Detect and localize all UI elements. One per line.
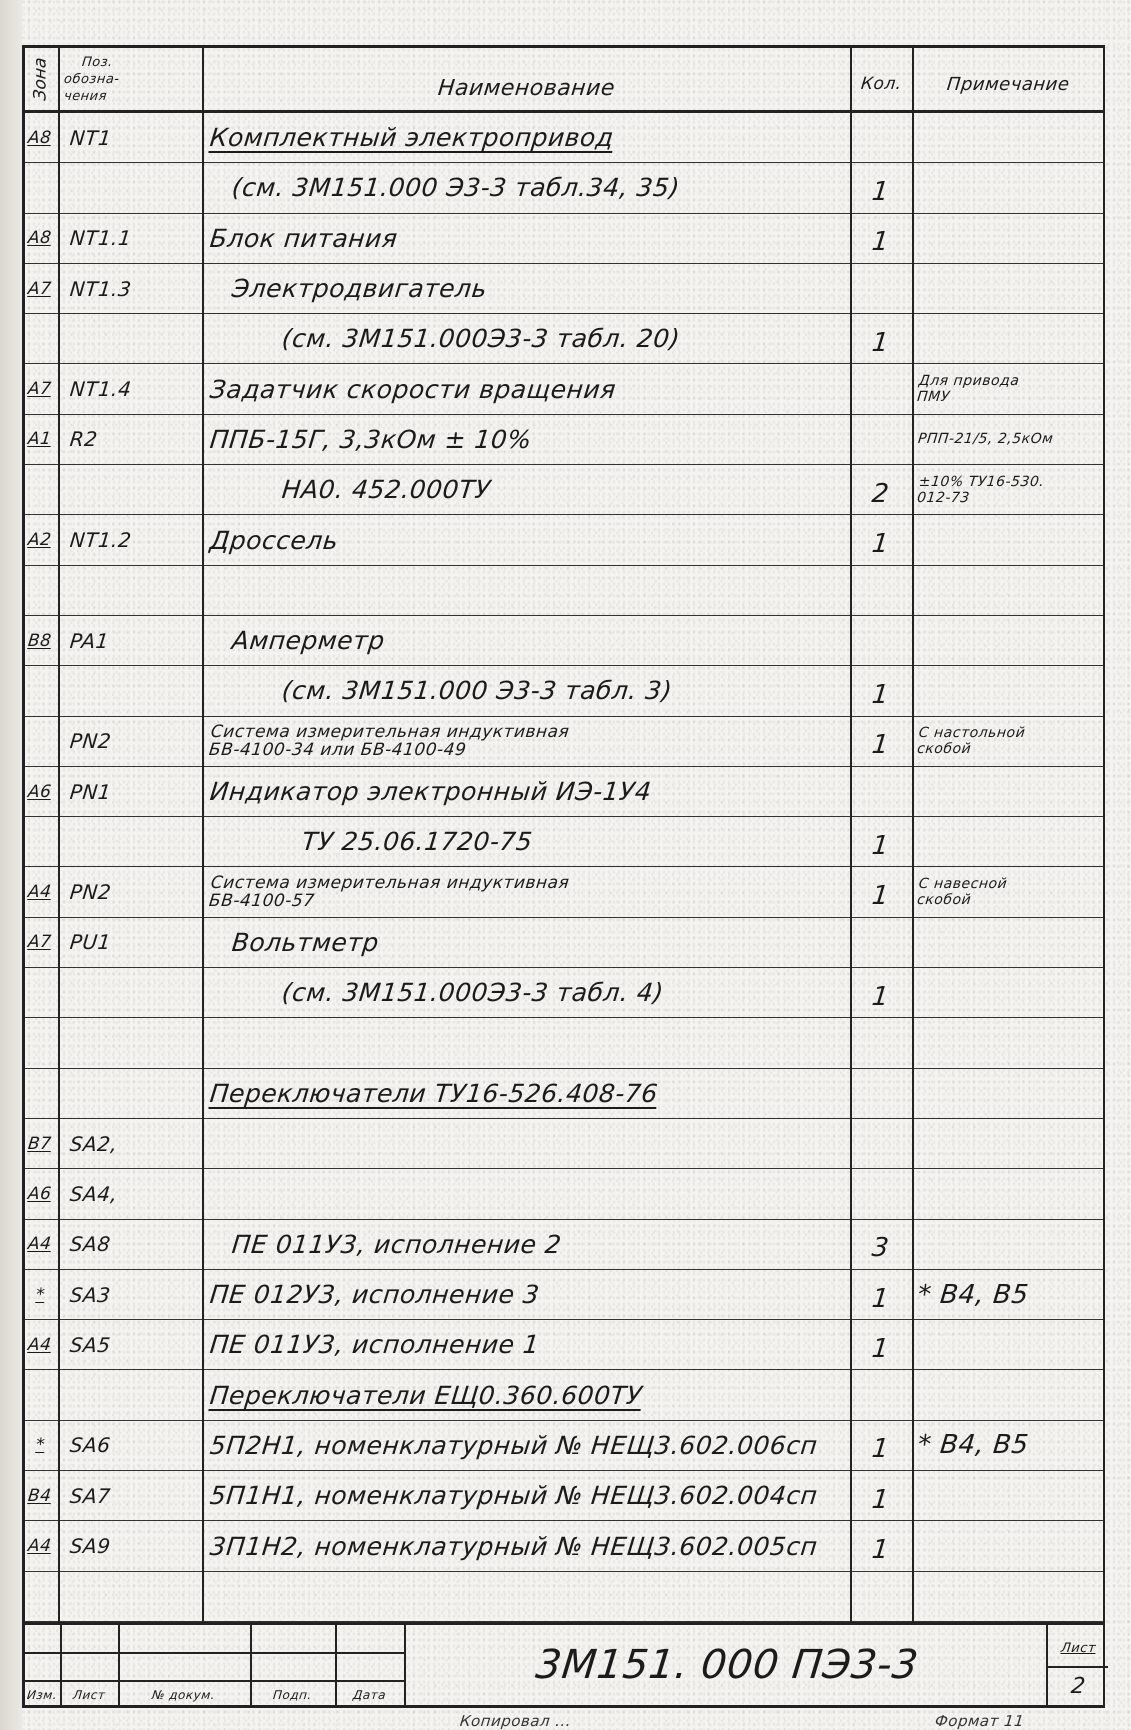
- zone-cell: A4: [22, 1220, 58, 1269]
- note-cell: * B4, B5: [912, 1421, 1105, 1470]
- table-row: A8NT1Комплектный электропривод: [22, 113, 1105, 163]
- table-row: (см. 3M151.000 Э3-3 табл. 3)1: [22, 666, 1105, 716]
- note-cell: Для привода ПМУ: [912, 365, 1105, 414]
- table-row: A7NT1.4Задатчик скорости вращенияДля при…: [22, 365, 1105, 415]
- label-date: Дата: [335, 1683, 404, 1707]
- note-cell: [912, 1572, 1105, 1621]
- document-designation: 3M151. 000 ПЭ3-3: [406, 1625, 1048, 1705]
- quantity-cell: 1: [850, 1320, 912, 1369]
- table-row: A6PN1Индикатор электронный ИЭ-1У4: [22, 767, 1105, 817]
- note-cell: [912, 918, 1105, 967]
- position-designation-cell: SA7: [58, 1471, 202, 1520]
- position-designation-cell: PN2: [58, 868, 202, 917]
- column-divider: [850, 113, 852, 1622]
- name-cell: Блок питания: [202, 214, 850, 263]
- note-cell: [912, 1220, 1105, 1269]
- table-row: Переключатели ЕЩ0.360.600ТУ: [22, 1371, 1105, 1421]
- table-header: Зона Поз. обозна- чения Наименование Кол…: [22, 45, 1105, 113]
- position-designation-cell: PN1: [58, 767, 202, 816]
- table-row: НА0. 452.000ТУ2±10% ТУ16-530. 012-73: [22, 465, 1105, 515]
- zone-cell: A4: [22, 1320, 58, 1369]
- position-designation-cell: [58, 666, 202, 715]
- column-divider: [912, 48, 914, 110]
- zone-cell: *: [22, 1270, 58, 1319]
- quantity-cell: 1: [850, 868, 912, 917]
- zone-cell: [22, 968, 58, 1017]
- table-row: [22, 566, 1105, 616]
- zone-cell: A7: [22, 365, 58, 414]
- name-cell: 5П2Н1, номенклатурный № НЕЩ3.602.006сп: [202, 1421, 850, 1470]
- column-divider: [58, 113, 60, 1622]
- zone-cell: B7: [22, 1119, 58, 1168]
- note-cell: [912, 566, 1105, 615]
- quantity-cell: [850, 767, 912, 816]
- name-cell: [202, 566, 850, 615]
- header-note: Примечание: [912, 48, 1105, 110]
- title-block-line: [25, 1680, 406, 1682]
- table-row: [22, 1018, 1105, 1068]
- name-cell: НА0. 452.000ТУ: [202, 465, 850, 514]
- label-sheet: Лист: [60, 1683, 118, 1707]
- note-cell: [912, 616, 1105, 665]
- note-cell: РПП-21/5, 2,5кОм: [912, 415, 1105, 464]
- column-divider: [202, 48, 204, 110]
- note-cell: [912, 968, 1105, 1017]
- zone-cell: [22, 666, 58, 715]
- note-cell: [912, 817, 1105, 866]
- zone-cell: A8: [22, 113, 58, 162]
- name-cell: Комплектный электропривод: [202, 113, 850, 162]
- name-cell: Переключатели ТУ16-526.408-76: [202, 1069, 850, 1118]
- position-designation-cell: [58, 1018, 202, 1067]
- name-cell: Дроссель: [202, 515, 850, 564]
- column-divider: [850, 48, 852, 110]
- position-designation-cell: SA6: [58, 1421, 202, 1470]
- quantity-cell: 1: [850, 1521, 912, 1570]
- table-row: A1R2ППБ-15Г, 3,3кОм ± 10%РПП-21/5, 2,5кО…: [22, 415, 1105, 465]
- table-row: B7SA2,: [22, 1119, 1105, 1169]
- position-designation-cell: NT1.1: [58, 214, 202, 263]
- zone-cell: A2: [22, 515, 58, 564]
- label-change: Изм.: [25, 1683, 60, 1707]
- zone-cell: A6: [22, 1169, 58, 1218]
- name-cell: Индикатор электронный ИЭ-1У4: [202, 767, 850, 816]
- quantity-cell: 1: [850, 214, 912, 263]
- name-cell: (см. 3M151.000Э3-3 табл. 20): [202, 314, 850, 363]
- quantity-cell: 2: [850, 465, 912, 514]
- name-cell: (см. 3M151.000 Э3-3 табл. 3): [202, 666, 850, 715]
- name-cell: Амперметр: [202, 616, 850, 665]
- header-name: Наименование: [202, 48, 850, 110]
- header-quantity: Кол.: [850, 48, 912, 110]
- quantity-cell: [850, 1119, 912, 1168]
- name-cell: Задатчик скорости вращения: [202, 365, 850, 414]
- table-row: A8NT1.1Блок питания1: [22, 214, 1105, 264]
- quantity-cell: [850, 1169, 912, 1218]
- table-border-left: [22, 45, 25, 1622]
- quantity-cell: 1: [850, 666, 912, 715]
- column-divider: [912, 113, 914, 1622]
- quantity-cell: [850, 1572, 912, 1621]
- quantity-cell: 1: [850, 1471, 912, 1520]
- position-designation-cell: SA4,: [58, 1169, 202, 1218]
- note-cell: [912, 1169, 1105, 1218]
- position-designation-cell: PU1: [58, 918, 202, 967]
- quantity-cell: [850, 1018, 912, 1067]
- zone-cell: [22, 163, 58, 212]
- note-cell: [912, 264, 1105, 313]
- note-cell: [912, 163, 1105, 212]
- zone-cell: [22, 1371, 58, 1420]
- position-designation-cell: SA9: [58, 1521, 202, 1570]
- note-cell: [912, 666, 1105, 715]
- name-cell: 3П1Н2, номенклатурный № НЕЩ3.602.005сп: [202, 1521, 850, 1570]
- table-row: B4SA75П1Н1, номенклатурный № НЕЩ3.602.00…: [22, 1471, 1105, 1521]
- column-divider: [58, 48, 60, 110]
- table-row: *SA3ПЕ 012У3, исполнение 31* B4, B5: [22, 1270, 1105, 1320]
- table-row: A7NT1.3Электродвигатель: [22, 264, 1105, 314]
- zone-cell: A6: [22, 767, 58, 816]
- note-cell: [912, 1521, 1105, 1570]
- table-row: ТУ 25.06.1720-751: [22, 817, 1105, 867]
- quantity-cell: 3: [850, 1220, 912, 1269]
- position-designation-cell: [58, 968, 202, 1017]
- table-row: (см. 3M151.000Э3-3 табл. 20)1: [22, 314, 1105, 364]
- note-cell: С навесной скобой: [912, 868, 1105, 917]
- note-cell: ±10% ТУ16-530. 012-73: [912, 465, 1105, 514]
- quantity-cell: 1: [850, 163, 912, 212]
- note-cell: * B4, B5: [912, 1270, 1105, 1319]
- note-cell: [912, 1069, 1105, 1118]
- name-cell: Система измерительная индуктивная БВ-410…: [202, 717, 850, 766]
- name-cell: (см. 3M151.000 Э3-3 табл.34, 35): [202, 163, 850, 212]
- zone-cell: A7: [22, 264, 58, 313]
- name-cell: [202, 1169, 850, 1218]
- name-cell: 5П1Н1, номенклатурный № НЕЩ3.602.004сп: [202, 1471, 850, 1520]
- quantity-cell: 1: [850, 314, 912, 363]
- quantity-cell: 1: [850, 817, 912, 866]
- header-zone: Зона: [22, 48, 58, 110]
- table-row: [22, 1572, 1105, 1622]
- quantity-cell: [850, 365, 912, 414]
- quantity-cell: 1: [850, 1270, 912, 1319]
- position-designation-cell: R2: [58, 415, 202, 464]
- name-cell: [202, 1572, 850, 1621]
- name-cell: Электродвигатель: [202, 264, 850, 313]
- table-border-right: [1103, 45, 1105, 1708]
- name-cell: ПЕ 011У3, исполнение 1: [202, 1320, 850, 1369]
- quantity-cell: [850, 1371, 912, 1420]
- quantity-cell: [850, 616, 912, 665]
- position-designation-cell: NT1.3: [58, 264, 202, 313]
- note-cell: [912, 113, 1105, 162]
- label-document-number: № докум.: [118, 1683, 250, 1707]
- sheet-label: Лист: [1048, 1633, 1108, 1663]
- title-block-line: [25, 1652, 406, 1654]
- column-divider: [202, 113, 204, 1622]
- position-designation-cell: SA5: [58, 1320, 202, 1369]
- table-row: Переключатели ТУ16-526.408-76: [22, 1069, 1105, 1119]
- zone-cell: *: [22, 1421, 58, 1470]
- position-designation-cell: NT1.2: [58, 515, 202, 564]
- table-row: B8PA1Амперметр: [22, 616, 1105, 666]
- name-cell: Система измерительная индуктивная БВ-410…: [202, 868, 850, 917]
- zone-cell: A8: [22, 214, 58, 263]
- quantity-cell: 1: [850, 1421, 912, 1470]
- table-row: (см. 3M151.000 Э3-3 табл.34, 35)1: [22, 163, 1105, 213]
- name-cell: (см. 3M151.000Э3-3 табл. 4): [202, 968, 850, 1017]
- table-row: (см. 3M151.000Э3-3 табл. 4)1: [22, 968, 1105, 1018]
- quantity-cell: 1: [850, 515, 912, 564]
- table-row: A4SA8ПЕ 011У3, исполнение 23: [22, 1220, 1105, 1270]
- zone-cell: A4: [22, 1521, 58, 1570]
- position-designation-cell: [58, 1069, 202, 1118]
- name-cell: ППБ-15Г, 3,3кОм ± 10%: [202, 415, 850, 464]
- position-designation-cell: SA8: [58, 1220, 202, 1269]
- position-designation-cell: [58, 1572, 202, 1621]
- position-designation-cell: [58, 314, 202, 363]
- note-cell: [912, 1320, 1105, 1369]
- note-cell: [912, 1371, 1105, 1420]
- note-cell: [912, 214, 1105, 263]
- position-designation-cell: NT1: [58, 113, 202, 162]
- zone-cell: [22, 717, 58, 766]
- note-cell: С настольной скобой: [912, 717, 1105, 766]
- position-designation-cell: [58, 163, 202, 212]
- table-row: PN2Система измерительная индуктивная БВ-…: [22, 717, 1105, 767]
- zone-cell: [22, 465, 58, 514]
- name-cell: ТУ 25.06.1720-75: [202, 817, 850, 866]
- table-row: A7PU1Вольтметр: [22, 918, 1105, 968]
- note-cell: [912, 314, 1105, 363]
- quantity-cell: [850, 566, 912, 615]
- zone-cell: B8: [22, 616, 58, 665]
- zone-cell: [22, 1069, 58, 1118]
- table-row: A6SA4,: [22, 1169, 1105, 1219]
- quantity-cell: 1: [850, 968, 912, 1017]
- parts-table-body: A4SA93П1Н2, номенклатурный № НЕЩ3.602.00…: [22, 113, 1105, 1622]
- zone-cell: [22, 566, 58, 615]
- position-designation-cell: SA2,: [58, 1119, 202, 1168]
- title-block: Изм. Лист № докум. Подп. Дата 3M151. 000…: [22, 1622, 1105, 1708]
- note-cell: [912, 1018, 1105, 1067]
- note-cell: [912, 1119, 1105, 1168]
- position-designation-cell: NT1.4: [58, 365, 202, 414]
- quantity-cell: [850, 1069, 912, 1118]
- zone-cell: B4: [22, 1471, 58, 1520]
- name-cell: Переключатели ЕЩ0.360.600ТУ: [202, 1371, 850, 1420]
- binding-margin: [0, 0, 22, 1730]
- note-cell: [912, 515, 1105, 564]
- name-cell: Вольтметр: [202, 918, 850, 967]
- note-cell: [912, 1471, 1105, 1520]
- zone-cell: A1: [22, 415, 58, 464]
- zone-cell: [22, 1572, 58, 1621]
- label-signature: Подп.: [250, 1683, 335, 1707]
- quantity-cell: [850, 415, 912, 464]
- zone-cell: [22, 817, 58, 866]
- zone-cell: [22, 1018, 58, 1067]
- position-designation-cell: [58, 465, 202, 514]
- name-cell: [202, 1018, 850, 1067]
- position-designation-cell: [58, 566, 202, 615]
- header-position: Поз. обозна- чения: [58, 48, 202, 110]
- note-cell: [912, 767, 1105, 816]
- position-designation-cell: SA3: [58, 1270, 202, 1319]
- position-designation-cell: PN2: [58, 717, 202, 766]
- position-designation-cell: PA1: [58, 616, 202, 665]
- sheet-number: 2: [1048, 1667, 1108, 1705]
- format-caption: Формат 11: [935, 1712, 1024, 1730]
- table-row: A4SA93П1Н2, номенклатурный № НЕЩ3.602.00…: [22, 1521, 1105, 1571]
- zone-cell: [22, 314, 58, 363]
- position-designation-cell: [58, 1371, 202, 1420]
- name-cell: ПЕ 011У3, исполнение 2: [202, 1220, 850, 1269]
- quantity-cell: [850, 264, 912, 313]
- table-row: *SA65П2Н1, номенклатурный № НЕЩ3.602.006…: [22, 1421, 1105, 1471]
- quantity-cell: [850, 918, 912, 967]
- position-designation-cell: [58, 817, 202, 866]
- table-row: A2NT1.2Дроссель1: [22, 515, 1105, 565]
- table-row: A4SA5ПЕ 011У3, исполнение 11: [22, 1320, 1105, 1370]
- name-cell: ПЕ 012У3, исполнение 3: [202, 1270, 850, 1319]
- table-row: A4PN2Система измерительная индуктивная Б…: [22, 868, 1105, 918]
- name-cell: [202, 1119, 850, 1168]
- copied-by-caption: Копировал ...: [460, 1712, 571, 1730]
- zone-cell: A4: [22, 868, 58, 917]
- parts-list-sheet: Зона Поз. обозна- чения Наименование Кол…: [22, 45, 1105, 1708]
- quantity-cell: [850, 113, 912, 162]
- quantity-cell: 1: [850, 717, 912, 766]
- zone-cell: A7: [22, 918, 58, 967]
